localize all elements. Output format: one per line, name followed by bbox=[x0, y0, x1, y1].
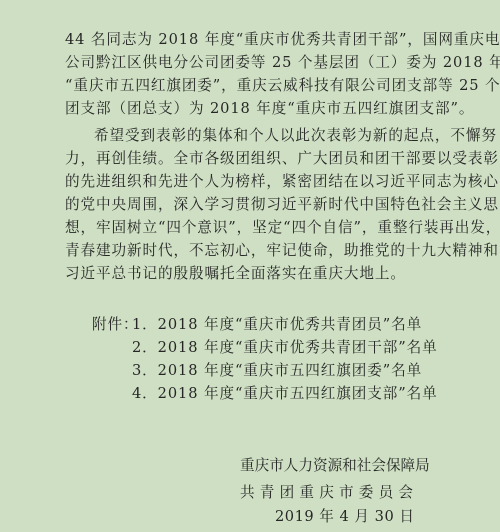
signature-date: 2019 年 4 月 30 日 bbox=[275, 508, 414, 526]
paragraph1-line-4: 团支部（团总支）为 2018 年度“重庆市五四红旗团支部”。 bbox=[65, 100, 441, 118]
attachment-item-3: 3．2018 年度“重庆市五四红旗团委”名单 bbox=[132, 362, 422, 380]
paragraph2-line-3: 的先进组织和先进个人为榜样，紧密团结在以习近平同志为核心 bbox=[65, 173, 441, 191]
paragraph1-line-3: “重庆市五四红旗团委”，重庆云威科技有限公司团支部等 25 个 bbox=[65, 77, 441, 95]
paragraph1-line-2: 公司黔江区供电分公司团委等 25 个基层团（工）委为 2018 年度 bbox=[65, 54, 441, 72]
paragraph1-line-1: 44 名同志为 2018 年度“重庆市优秀共青团干部”，国网重庆电力 bbox=[65, 31, 441, 49]
paragraph2-line-7: 习近平总书记的殷殷嘱托全面落实在重庆大地上。 bbox=[65, 265, 441, 283]
document-page: 44 名同志为 2018 年度“重庆市优秀共青团干部”，国网重庆电力 公司黔江区… bbox=[0, 0, 500, 532]
paragraph2-line-1: 希望受到表彰的集体和个人以此次表彰为新的起点，不懈努 bbox=[94, 127, 441, 145]
paragraph2-line-6: 青春建功新时代，不忘初心，牢记使命，助推党的十九大精神和 bbox=[65, 242, 441, 260]
signature-org-2: 共青团重庆市委员会 bbox=[240, 484, 413, 502]
paragraph2-line-2: 力，再创佳绩。全市各级团组织、广大团员和团干部要以受表彰 bbox=[65, 150, 441, 168]
paragraph2-line-4: 的党中央周围，深入学习贯彻习近平新时代中国特色社会主义思 bbox=[65, 196, 441, 214]
attachment-item-2: 2．2018 年度“重庆市优秀共青团干部”名单 bbox=[132, 339, 438, 357]
paragraph2-line-5: 想，牢固树立“四个意识”，坚定“四个自信”，重整行装再出发， bbox=[65, 219, 441, 237]
attachment-item-1: 1．2018 年度“重庆市优秀共青团员”名单 bbox=[132, 316, 422, 334]
attachment-item-4: 4．2018 年度“重庆市五四红旗团支部”名单 bbox=[132, 385, 438, 403]
signature-org-1: 重庆市人力资源和社会保障局 bbox=[240, 457, 413, 475]
